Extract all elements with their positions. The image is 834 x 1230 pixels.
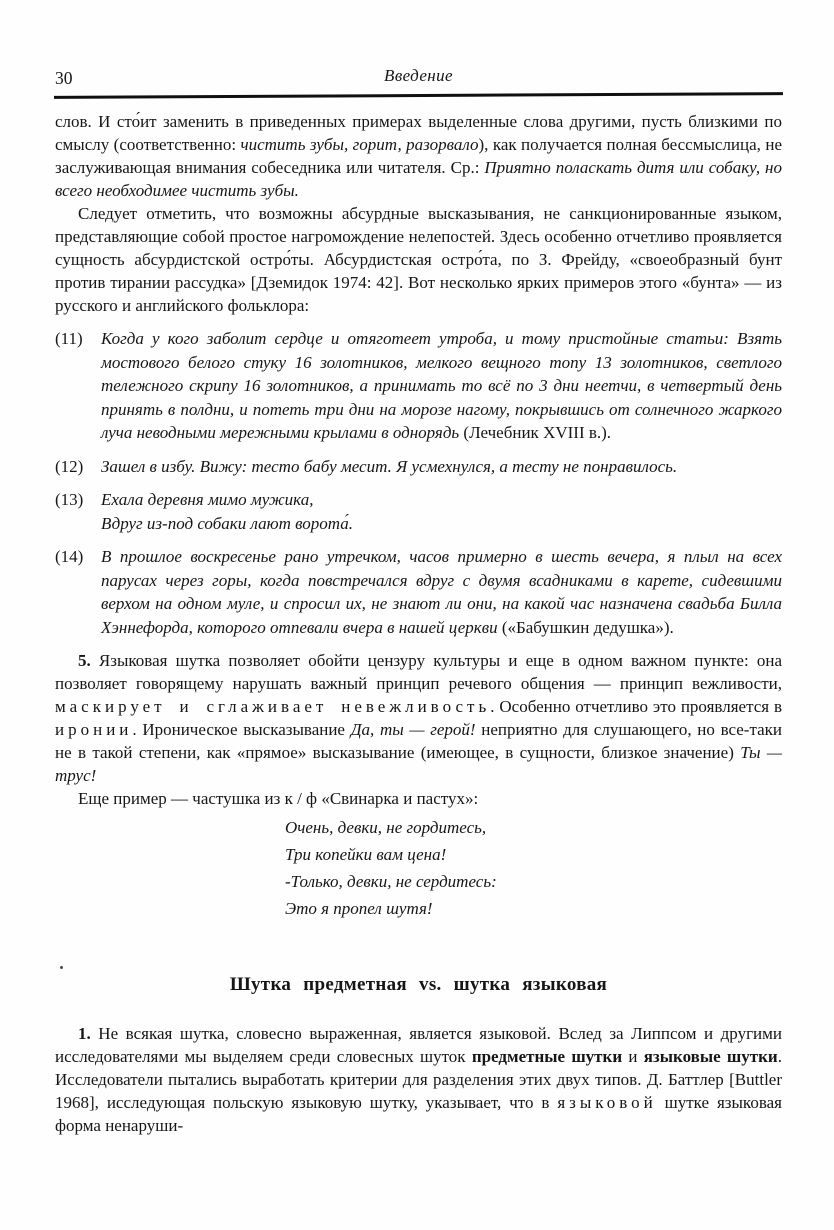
scan-speck — [60, 966, 63, 969]
paragraph: Еще пример — частушка из к / ф «Свинарка… — [55, 787, 782, 810]
text-run: Языковая шутка позволяет обойти цензуру … — [55, 651, 782, 693]
text-run: иронии — [55, 720, 132, 739]
text-run: 5. — [78, 651, 91, 670]
paragraph: 5. Языковая шутка позволяет обойти цензу… — [55, 649, 782, 787]
text-run: маскирует и сглаживает невежливость — [55, 697, 490, 716]
book-page: 30 Введение слов. И сто́ит заменить в пр… — [0, 0, 834, 1230]
text-run: Да, ты — герой! — [351, 720, 476, 739]
page-number: 30 — [55, 68, 73, 89]
text-run: и — [622, 1047, 644, 1066]
example-label: (11) — [55, 327, 83, 351]
text-run: Вдруг из-под собаки лают ворота́. — [101, 514, 353, 533]
verse: Очень, девки, не гордитесь,Три копейки в… — [285, 814, 782, 922]
example-item: (12)Зашел в избу. Вижу: тесто бабу месит… — [55, 455, 782, 479]
text-run: Следует отметить, что возможны абсурдные… — [55, 204, 782, 315]
paragraph: 1. Не всякая шутка, словесно выраженная,… — [55, 1022, 782, 1137]
example-item: (13)Ехала деревня мимо мужика,Вдруг из-п… — [55, 488, 782, 535]
text-run: языковые шутки — [644, 1047, 778, 1066]
verse-line: Это я пропел шутя! — [285, 895, 782, 922]
example-label: (12) — [55, 455, 83, 479]
example-label: (13) — [55, 488, 83, 512]
paragraph: Следует отметить, что возможны абсурдные… — [55, 202, 782, 317]
example-text: Ехала деревня мимо мужика,Вдруг из-под с… — [101, 488, 782, 535]
text-run: («Бабушкин дедушка»). — [502, 618, 674, 637]
page-header: 30 Введение — [55, 66, 782, 92]
text-run: (Лечебник XVIII в.). — [463, 423, 611, 442]
example-text: В прошлое воскресенье рано утречком, час… — [101, 545, 782, 639]
text-run: . Особенно отчетливо это проявляется в — [490, 697, 782, 716]
text-run: 1. — [78, 1024, 91, 1043]
text-run: предметные шутки — [472, 1047, 622, 1066]
text-run: В прошлое воскресенье рано утречком, час… — [101, 547, 782, 637]
text-run: Когда у кого заболит сердце и отяготеет … — [101, 329, 782, 442]
text-run: Зашел в избу. Вижу: тесто бабу месит. Я … — [101, 457, 677, 476]
verse-line: -Только, девки, не сердитесь: — [285, 868, 782, 895]
example-text: Зашел в избу. Вижу: тесто бабу месит. Я … — [101, 455, 782, 479]
text-run: Еще пример — частушка из к / ф «Свинарка… — [78, 789, 478, 808]
example-label: (14) — [55, 545, 83, 569]
verse-line: Очень, девки, не гордитесь, — [285, 814, 782, 841]
example-item: (11)Когда у кого заболит сердце и отягот… — [55, 327, 782, 445]
text-run: чистить зубы, горит, разорвало — [241, 135, 479, 154]
paragraph: слов. И сто́ит заменить в приведенных пр… — [55, 110, 782, 202]
example-item: (14)В прошлое воскресенье рано утречком,… — [55, 545, 782, 639]
text-run: языковой — [557, 1093, 656, 1112]
example-text: Когда у кого заболит сердце и отяготеет … — [101, 327, 782, 445]
section-heading: Шутка предметная vs. шутка языковая — [55, 973, 782, 997]
running-head: Введение — [55, 66, 782, 86]
page-body: слов. И сто́ит заменить в приведенных пр… — [55, 110, 782, 1137]
text-run: Ехала деревня мимо мужика, — [101, 490, 313, 509]
text-run: . Ироническое высказывание — [132, 720, 350, 739]
header-rule — [54, 92, 783, 99]
verse-line: Три копейки вам цена! — [285, 841, 782, 868]
